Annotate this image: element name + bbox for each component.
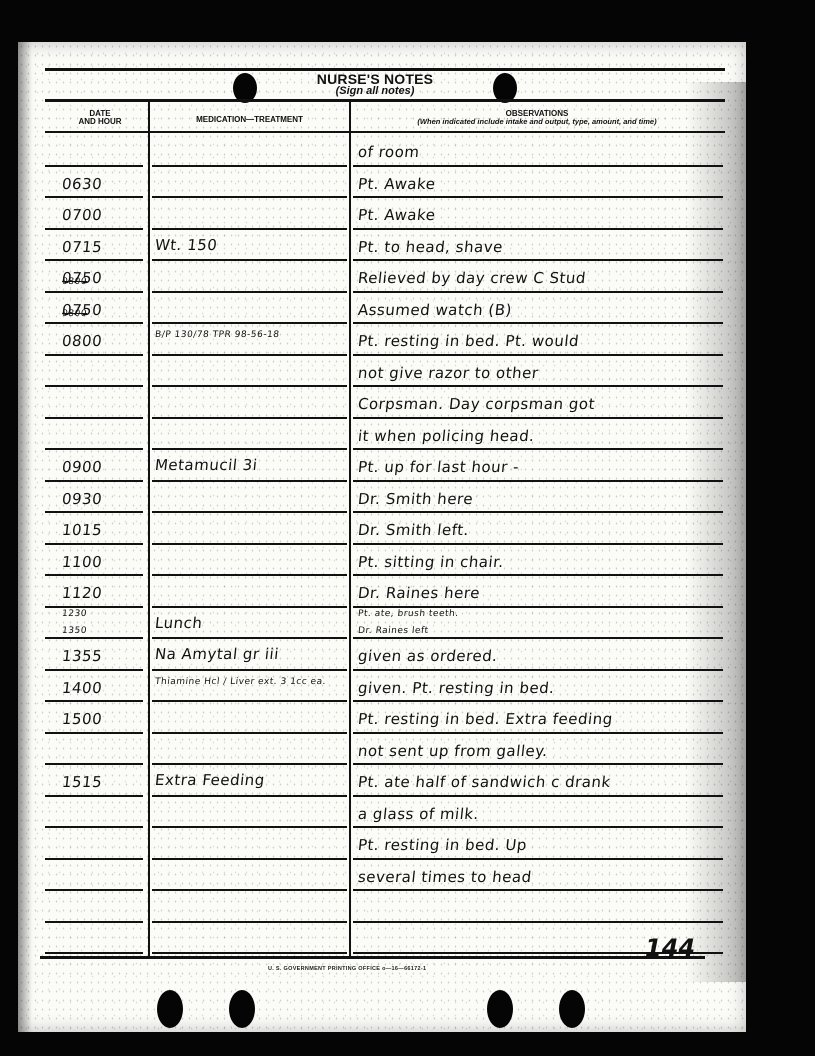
entry-time: 1355 bbox=[61, 647, 103, 665]
entry-observation: Dr. Smith here bbox=[357, 490, 474, 508]
row-rule-medication bbox=[152, 511, 347, 513]
entry-observation: Assumed watch (B) bbox=[357, 301, 513, 319]
row-rule-medication bbox=[152, 543, 347, 545]
entry-observation: Pt. sitting in chair. bbox=[357, 553, 505, 571]
row-rule-date bbox=[45, 543, 143, 545]
row-rule-date bbox=[45, 921, 143, 923]
row-rule-observation bbox=[353, 795, 723, 797]
row-rule-observation bbox=[353, 354, 723, 356]
entry-medication: Thiamine Hcl / Liver ext. 3 1cc ea. bbox=[154, 677, 326, 687]
row-rule-observation bbox=[353, 291, 723, 293]
row-rule-date bbox=[45, 952, 143, 954]
column-divider-1 bbox=[148, 100, 150, 957]
row-rule-date bbox=[45, 291, 143, 293]
row-rule-date bbox=[45, 826, 143, 828]
row-rule-date bbox=[45, 385, 143, 387]
row-rule-observation bbox=[353, 763, 723, 765]
entry-observation: Corpsman. Day corpsman got bbox=[357, 395, 596, 413]
row-rule-observation bbox=[353, 448, 723, 450]
row-rule-observation bbox=[353, 228, 723, 230]
row-rule-observation bbox=[353, 511, 723, 513]
scan-shadow-right bbox=[686, 82, 746, 982]
row-rule-observation bbox=[353, 259, 723, 261]
row-rule-observation bbox=[353, 543, 723, 545]
entry-observation: Pt. Awake bbox=[357, 206, 436, 224]
row-rule-medication bbox=[152, 826, 347, 828]
row-rule-observation bbox=[353, 669, 723, 671]
entry-observation: of room bbox=[357, 143, 420, 161]
page-number: 144 bbox=[645, 934, 695, 962]
row-rule-observation bbox=[353, 385, 723, 387]
entry-time: 1400 bbox=[61, 679, 103, 697]
entry-medication: B/P 130/78 TPR 98-56-18 bbox=[154, 330, 279, 340]
row-rule-date bbox=[45, 889, 143, 891]
row-rule-date bbox=[45, 196, 143, 198]
row-rule-observation bbox=[353, 196, 723, 198]
row-rule-observation bbox=[353, 732, 723, 734]
row-rule-observation bbox=[353, 480, 723, 482]
row-rule-date bbox=[45, 637, 143, 639]
entry-time: 0900 bbox=[61, 458, 103, 476]
row-rule-date bbox=[45, 165, 143, 167]
entry-observation: not give razor to other bbox=[357, 364, 539, 382]
column-header-observations-subtitle: (When indicated include intake and outpu… bbox=[352, 118, 722, 126]
row-rule-date bbox=[45, 322, 143, 324]
entry-time: 0630 bbox=[61, 175, 103, 193]
entry-time: 0715 bbox=[61, 238, 103, 256]
row-rule-medication bbox=[152, 385, 347, 387]
row-rule-observation bbox=[353, 637, 723, 639]
row-rule-medication bbox=[152, 165, 347, 167]
row-rule-date bbox=[45, 448, 143, 450]
row-rule-date bbox=[45, 732, 143, 734]
entry-time: 0700 bbox=[61, 206, 103, 224]
header-bottom-rule bbox=[45, 131, 725, 133]
top-rule bbox=[45, 68, 725, 71]
row-rule-date bbox=[45, 417, 143, 419]
row-rule-medication bbox=[152, 795, 347, 797]
row-rule-date bbox=[45, 228, 143, 230]
row-rule-date bbox=[45, 480, 143, 482]
entry-observation: Pt. Awake bbox=[357, 175, 436, 193]
row-rule-date bbox=[45, 511, 143, 513]
entry-observation: Pt. resting in bed. Extra feeding bbox=[357, 710, 614, 728]
entry-time: 0930 bbox=[61, 490, 103, 508]
entry-observation: several times to head bbox=[357, 868, 533, 886]
entry-time-struck: 0800 bbox=[61, 277, 87, 287]
row-rule-medication bbox=[152, 669, 347, 671]
entry-medication: Na Amytal gr iii bbox=[154, 645, 280, 663]
row-rule-medication bbox=[152, 732, 347, 734]
entry-time: 1015 bbox=[61, 521, 103, 539]
row-rule-medication bbox=[152, 480, 347, 482]
row-rule-medication bbox=[152, 291, 347, 293]
row-rule-date bbox=[45, 259, 143, 261]
row-rule-observation bbox=[353, 858, 723, 860]
entry-observation: not sent up from galley. bbox=[357, 742, 549, 760]
column-divider-2 bbox=[349, 100, 351, 957]
row-rule-medication bbox=[152, 858, 347, 860]
entry-observation: Dr. Raines here bbox=[357, 584, 481, 602]
row-rule-date bbox=[45, 700, 143, 702]
scan-shadow-left bbox=[18, 42, 32, 1032]
entry-time: 1120 bbox=[61, 584, 103, 602]
row-rule-observation bbox=[353, 574, 723, 576]
row-rule-date bbox=[45, 763, 143, 765]
row-rule-date bbox=[45, 858, 143, 860]
row-rule-medication bbox=[152, 196, 347, 198]
punch-hole-bottom-2 bbox=[229, 990, 255, 1028]
entry-medication: Wt. 150 bbox=[154, 236, 218, 254]
row-rule-medication bbox=[152, 889, 347, 891]
punch-hole-bottom-3 bbox=[487, 990, 513, 1028]
row-rule-medication bbox=[152, 637, 347, 639]
row-rule-medication bbox=[152, 259, 347, 261]
row-rule-medication bbox=[152, 417, 347, 419]
row-rule-medication bbox=[152, 574, 347, 576]
entry-observation: Dr. Smith left. bbox=[357, 521, 470, 539]
column-header-medication: MEDICATION—TREATMENT bbox=[152, 116, 347, 124]
form-subtitle: (Sign all notes) bbox=[290, 85, 460, 97]
entry-medication: Extra Feeding bbox=[154, 771, 266, 789]
entry-observation: Pt. resting in bed. Up bbox=[357, 836, 528, 854]
row-rule-medication bbox=[152, 322, 347, 324]
punch-hole-bottom-1 bbox=[157, 990, 183, 1028]
entry-time: 1230 bbox=[61, 609, 87, 619]
row-rule-medication bbox=[152, 354, 347, 356]
entry-time: 1500 bbox=[61, 710, 103, 728]
row-rule-observation bbox=[353, 417, 723, 419]
row-rule-medication bbox=[152, 228, 347, 230]
entry-medication: Lunch bbox=[154, 614, 203, 632]
row-rule-medication bbox=[152, 606, 347, 608]
entry-time: 1350 bbox=[61, 626, 87, 636]
entry-observation: given as ordered. bbox=[357, 647, 498, 665]
column-header-observations: OBSERVATIONS (When indicated include int… bbox=[352, 110, 722, 126]
row-rule-observation bbox=[353, 165, 723, 167]
punch-hole-bottom-4 bbox=[559, 990, 585, 1028]
row-rule-date bbox=[45, 606, 143, 608]
column-header-date: DATE AND HOUR bbox=[55, 110, 145, 126]
row-rule-observation bbox=[353, 889, 723, 891]
printer-imprint: U. S. GOVERNMENT PRINTING OFFICE o—16—66… bbox=[268, 966, 426, 972]
bottom-rule bbox=[40, 956, 705, 959]
entry-observation: Pt. ate half of sandwich c drank bbox=[357, 773, 612, 791]
row-rule-medication bbox=[152, 700, 347, 702]
entry-medication: Metamucil 3i bbox=[154, 456, 258, 474]
entry-observation: Pt. ate, brush teeth. bbox=[357, 609, 459, 619]
row-rule-date bbox=[45, 354, 143, 356]
entry-observation: Dr. Raines left bbox=[357, 626, 429, 636]
row-rule-observation bbox=[353, 322, 723, 324]
column-header-date-line2: AND HOUR bbox=[55, 118, 145, 126]
entry-observation: a glass of milk. bbox=[357, 805, 480, 823]
row-rule-date bbox=[45, 669, 143, 671]
row-rule-observation bbox=[353, 921, 723, 923]
form-title: NURSE'S NOTES bbox=[290, 72, 460, 86]
row-rule-medication bbox=[152, 952, 347, 954]
row-rule-medication bbox=[152, 921, 347, 923]
entry-time: 0800 bbox=[61, 332, 103, 350]
entry-observation: Pt. to head, shave bbox=[357, 238, 504, 256]
entry-observation: given. Pt. resting in bed. bbox=[357, 679, 555, 697]
entry-observation: Relieved by day crew C Stud bbox=[357, 269, 587, 287]
row-rule-date bbox=[45, 795, 143, 797]
entry-time-struck: 0800 bbox=[61, 309, 87, 319]
row-rule-observation bbox=[353, 700, 723, 702]
header-top-rule bbox=[45, 99, 725, 102]
row-rule-date bbox=[45, 574, 143, 576]
row-rule-medication bbox=[152, 448, 347, 450]
entry-observation: Pt. up for last hour - bbox=[357, 458, 520, 476]
row-rule-medication bbox=[152, 763, 347, 765]
entry-time: 1515 bbox=[61, 773, 103, 791]
entry-time: 1100 bbox=[61, 553, 103, 571]
row-rule-observation bbox=[353, 606, 723, 608]
entry-observation: it when policing head. bbox=[357, 427, 535, 445]
entry-observation: Pt. resting in bed. Pt. would bbox=[357, 332, 580, 350]
row-rule-observation bbox=[353, 826, 723, 828]
